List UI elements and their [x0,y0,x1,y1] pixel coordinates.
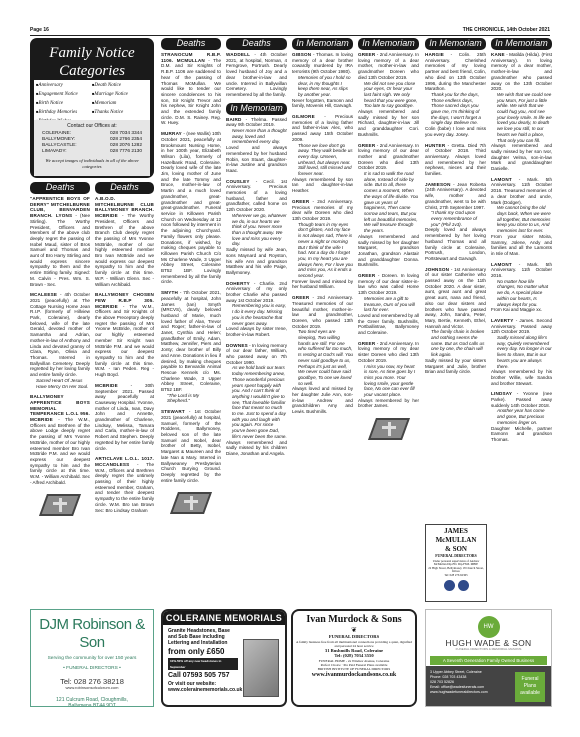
notice-entry: BALLYMONEY CHOSEN FEW R.B.P 305. MCBRIDE… [95,292,154,378]
family-notice-box: Family NoticeCategories AnniversaryDeath… [30,38,154,178]
category-item: Anniversary [36,81,92,90]
column-2: Deaths A.B.O.D. MITCHELBURNE CLUB BALLYM… [95,182,154,602]
notice-entry: JOHNSON - 1st Anniversary of our sister … [425,267,486,375]
notice-entry: GREER - Doreen. In loving memory of our … [358,273,419,336]
notice-verse: Wherever we go, whatever we do, in our h… [226,213,287,247]
notice-verse: Memories are a gift to treasure, Ours of… [358,296,419,313]
notice-verse: Remembering you is easy, I do it every d… [226,303,287,326]
category-item: Engagement Notice [36,90,92,99]
notice-entry: HARGIE - Colin. 25th Anniversary. Cheris… [425,52,486,138]
notice-entry: LAMONT - Mark. 5th Anniversary. 11th Oct… [491,262,552,313]
notice-verse: Sadly missed along life's way, Quietly r… [491,335,552,369]
bible-icon [366,414,412,446]
column-3: Deaths STRANOCUM R.B.P. 1106. MCMULLAN -… [161,38,221,600]
notice-entry: GREER - 2nd Anniversary. Precious memori… [292,199,353,290]
category-item: Birthday Memories [36,108,92,117]
notice-verse: Sacred Heart Of Jesus Have Mercy On Her … [30,378,90,389]
bible-icon [168,488,214,520]
notice-entry: GREER - 2nd Anniversary. In loving memor… [358,143,419,268]
notice-verse: Memories of you I hold so dear, in my th… [292,75,353,98]
ivan-murdock-ad[interactable]: Ivan Murdock & Sons ❦ FUNERAL DIRECTORS … [291,609,417,707]
notice-verse: Though tears in my eyes don't glisten, A… [292,222,353,279]
notice-verse: Another year has come and gone, But prec… [491,408,552,425]
notice-entry: MCBRIDE - 30th September 2021. Passed aw… [95,383,154,451]
notice-verse: We wish that we could see you Mum, For j… [491,92,552,143]
memoriam-heading: In Memoriam [491,38,552,50]
memoriam-heading: In Memoriam [292,38,353,50]
notice-entry: DOWNES - In loving memory of our dear fa… [226,343,287,457]
notice-entry: "APPRENTICE BOYS OF DERRY" MITCHELBURNE … [30,196,90,287]
deaths-heading: Deaths [95,182,154,194]
deaths-heading: Deaths [30,182,90,194]
notice-verse: Two tired eyes are sleeping, Two willing… [292,329,353,386]
notice-verse: We cannot bring the old days back, When … [491,205,552,234]
notice-entry: GIBSON - Thomas. In loving memory of a d… [292,52,353,109]
notice-entry: LAMONT - Mark. 5th Anniversary. 11th Oct… [491,177,552,257]
office-row: LIMAVADY:028 7776 2130 [42,149,142,155]
category-item: Birth Notice [36,99,92,108]
notice-entry: BAIRD - Thelma. Passed away 9th October … [226,117,287,174]
notice-entry: LINDSAY - Yvonne (nee Parke). Passed awa… [491,391,552,442]
memoriam-heading: In Memoriam [358,38,419,50]
notice-verse: Thank you for the days, Those endless da… [425,92,486,126]
notice-entry: MURRAY - (nee Wallis) 10th October 2021,… [161,131,221,285]
contact-note: We accept images of individuals in all o… [42,158,142,170]
notice-verse: The family chain is broken and nothing s… [425,329,486,358]
headstone-image [243,639,279,697]
contact-offices: Contact our Offices at: COLERAINE:028 70… [34,120,150,176]
deaths-heading: Deaths [226,38,287,50]
notice-entry: COUSLEY - Cecil. 1st Anniversary. Precio… [226,179,287,276]
column-6: In Memoriam GREER - 2nd Anniversary. In … [358,38,419,600]
notice-entry: JAMIESON - Jean Roberta (24th Anniversar… [425,182,486,262]
james-mcmullan-ad[interactable]: JAMES McMULLAN& SON FUNERAL DIRECTORS Un… [425,524,487,602]
notice-entry: LAVERTY - James. Second Anniversary. Pas… [491,318,552,386]
djm-robinson-ad[interactable]: DJM Robinson & Son Serving the community… [30,609,154,707]
memoriam-heading: In Memoriam [425,38,486,50]
category-item: Memoriam [92,99,148,108]
notice-verse: As we hold back our tears today remember… [226,365,287,439]
notice-verse: Never more than a thought away, loved an… [226,128,287,145]
notice-entry: DOHERTY - Charlie. 2nd Anniversary of my… [226,281,287,338]
notice-entry: A.B.O.D. MITCHELBURNE CLUB BALLYMONEY BR… [95,196,154,287]
category-item: Marriage Notice [92,90,148,99]
ornament-icon: ❦ [295,626,413,634]
column-8: In Memoriam KANE - Matilda (Hilda). (Fir… [491,38,552,600]
notice-entry: MCALEESE - 4th October 2021 (peacefully)… [30,292,90,389]
hw-logo: HW [478,616,500,638]
notice-entry: GILMORE - Precious memories of a loving … [292,114,353,194]
notice-verse: "The Lord is My Shepherd." [161,393,221,404]
notice-entry: HUNTER - Gretta. Died 7th of October 201… [425,143,486,177]
column-5: In Memoriam GIBSON - Thomas. In loving m… [292,38,353,600]
accreditation-logos [428,580,484,591]
notice-verse: It is sad to walk the road alone, Instea… [358,171,419,234]
notice-entry: GREER - 2nd Anniversary. Treasured memor… [292,295,353,415]
notice-entry: SMYTH - 7th October 2021, peacefully at … [161,290,221,404]
category-item: Thanks Notice [92,108,148,117]
notice-verse: "I thank my God upon every remembrance o… [425,210,486,227]
category-item: Death Notice [92,81,148,90]
coleraine-memorials-ad[interactable]: COLERAINE MEMORIALS Granite Headstones, … [161,609,287,707]
notice-entry: BALLYMONEY APPRENTICE BOYS MEMORIAL TEMP… [30,394,90,485]
column-1: Deaths "APPRENTICE BOYS OF DERRY" MITCHE… [30,182,90,602]
hugh-wade-ad[interactable]: HW HUGH WADE & SON FUNERAL DIRECTORS & M… [425,609,552,707]
notice-entry: KANE - Matilda (Hilda). (First Anniversa… [491,52,552,172]
notice-entry: GREER - 2nd Anniversary. In loving memor… [358,341,419,409]
notice-verse: I miss you now, my heart is sore, As tim… [358,364,419,398]
page-number: Page 16 [30,28,49,34]
deaths-heading: Deaths [161,38,221,50]
category-list: AnniversaryDeath NoticeEngagement Notice… [34,80,150,120]
memoriam-heading: In Memoriam [226,103,287,115]
notice-verse: No matter how life changes, No matter wh… [491,279,552,308]
notice-entry: WADDELL - 4th October 2021, at hospital,… [226,52,287,98]
notice-entry: STEWART - 1st October 2021 (peacefully) … [161,409,221,483]
notice-entry: ARTICLAVE L.O.L. 1017. MCCANDLESS - The … [95,456,154,513]
notice-entry: GREER - 2nd Anniversary. In loving memor… [358,52,419,138]
notice-verse: Those we love don't go away. They walk b… [292,143,353,177]
paper-masthead: THE CHRONICLE, 14th October 2021 [463,28,550,34]
bible-icon [37,490,83,522]
notice-entry: STRANOCUM R.B.P. 1106. MCMULLAN - The D.… [161,52,221,126]
column-4: Deaths WADDELL - 4th October 2021, at ho… [226,38,287,600]
contact-title: Contact our Offices at: [42,123,142,129]
column-7: In Memoriam HARGIE - Colin. 25th Anniver… [425,38,486,522]
family-notice-title: Family NoticeCategories [30,44,154,80]
notice-verse: We did not see you close your eyes, Or h… [358,81,419,110]
header-rule [30,35,550,36]
